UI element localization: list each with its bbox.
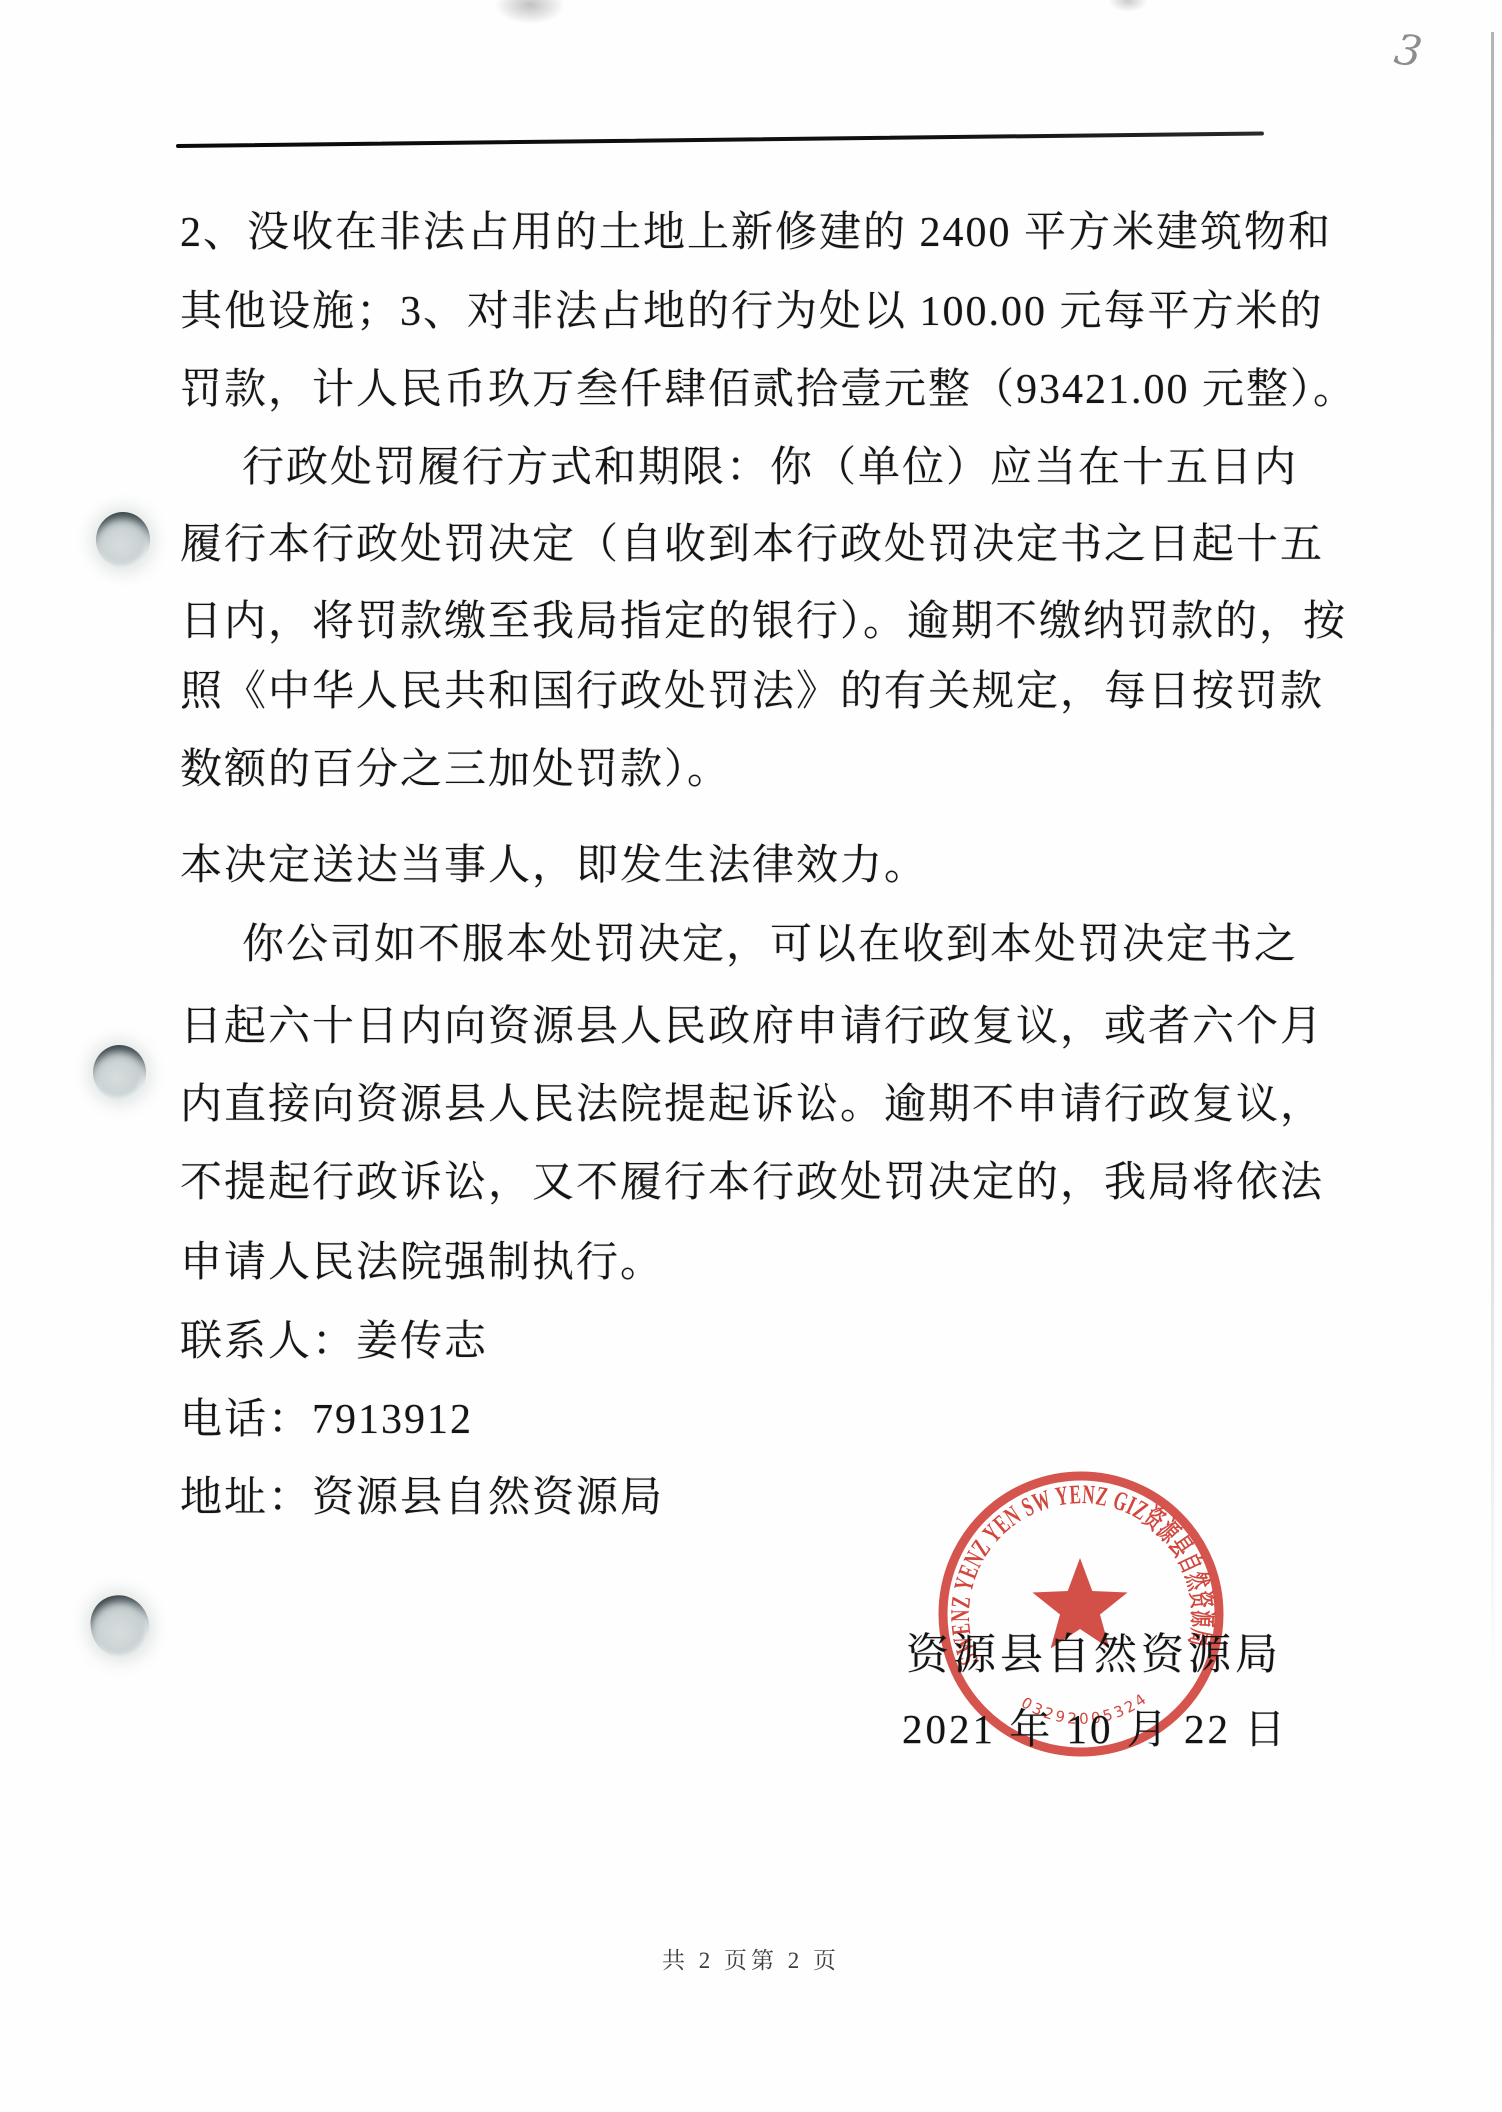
- body-line: 行政处罚履行方式和期限：你（单位）应当在十五日内: [242, 445, 1422, 491]
- handwritten-page-number: 3: [1391, 24, 1425, 77]
- punch-hole: [96, 512, 150, 568]
- scan-smudge: [495, 0, 565, 24]
- issuing-authority-name: 资源县自然资源局: [906, 1621, 1282, 1682]
- body-line: 本决定送达当事人，即发生法律效力。: [180, 843, 1360, 889]
- body-line: 数额的百分之三加处罚款）。: [180, 747, 1360, 793]
- page-number-footer: 共 2 页第 2 页: [0, 1942, 1502, 1975]
- body-line: 内直接向资源县人民法院提起诉讼。逾期不申请行政复议，: [180, 1082, 1360, 1128]
- scanned-document-page: 3 2、没收在非法占用的土地上新修建的 2400 平方米建筑物和 其他设施；3、…: [0, 0, 1502, 2112]
- body-line: 照《中华人民共和国行政处罚法》的有关规定，每日按罚款: [180, 669, 1360, 715]
- scan-smudge: [1108, 0, 1148, 12]
- header-rule: [176, 131, 1264, 148]
- body-line: 你公司如不服本处罚决定，可以在收到本处罚决定书之: [242, 922, 1422, 968]
- punch-hole: [93, 1045, 146, 1100]
- contact-person-line: 联系人：姜传志: [180, 1319, 1360, 1365]
- body-line: 不提起行政诉讼，又不履行本行政处罚决定的，我局将依法: [180, 1160, 1360, 1206]
- body-line: 罚款，计人民币玖万叁仟肆佰贰拾壹元整（93421.00 元整）。: [180, 367, 1360, 413]
- issue-date: 2021 年 10 月 22 日: [902, 1696, 1288, 1755]
- contact-phone-line: 电话：7913912: [180, 1397, 1360, 1443]
- body-line: 2、没收在非法占用的土地上新修建的 2400 平方米建筑物和: [180, 210, 1360, 256]
- body-line: 日起六十日内向资源县人民政府申请行政复议，或者六个月: [180, 1004, 1360, 1050]
- scan-edge-shadow: [1491, 32, 1494, 1697]
- body-line: 其他设施；3、对非法占地的行为处以 100.00 元每平方米的: [180, 289, 1360, 335]
- body-line: 申请人民法院强制执行。: [180, 1240, 1360, 1286]
- body-line: 履行本行政处罚决定（自收到本行政处罚决定书之日起十五: [180, 522, 1360, 568]
- body-line: 日内，将罚款缴至我局指定的银行）。逾期不缴纳罚款的，按: [180, 599, 1360, 645]
- punch-hole: [84, 1589, 155, 1663]
